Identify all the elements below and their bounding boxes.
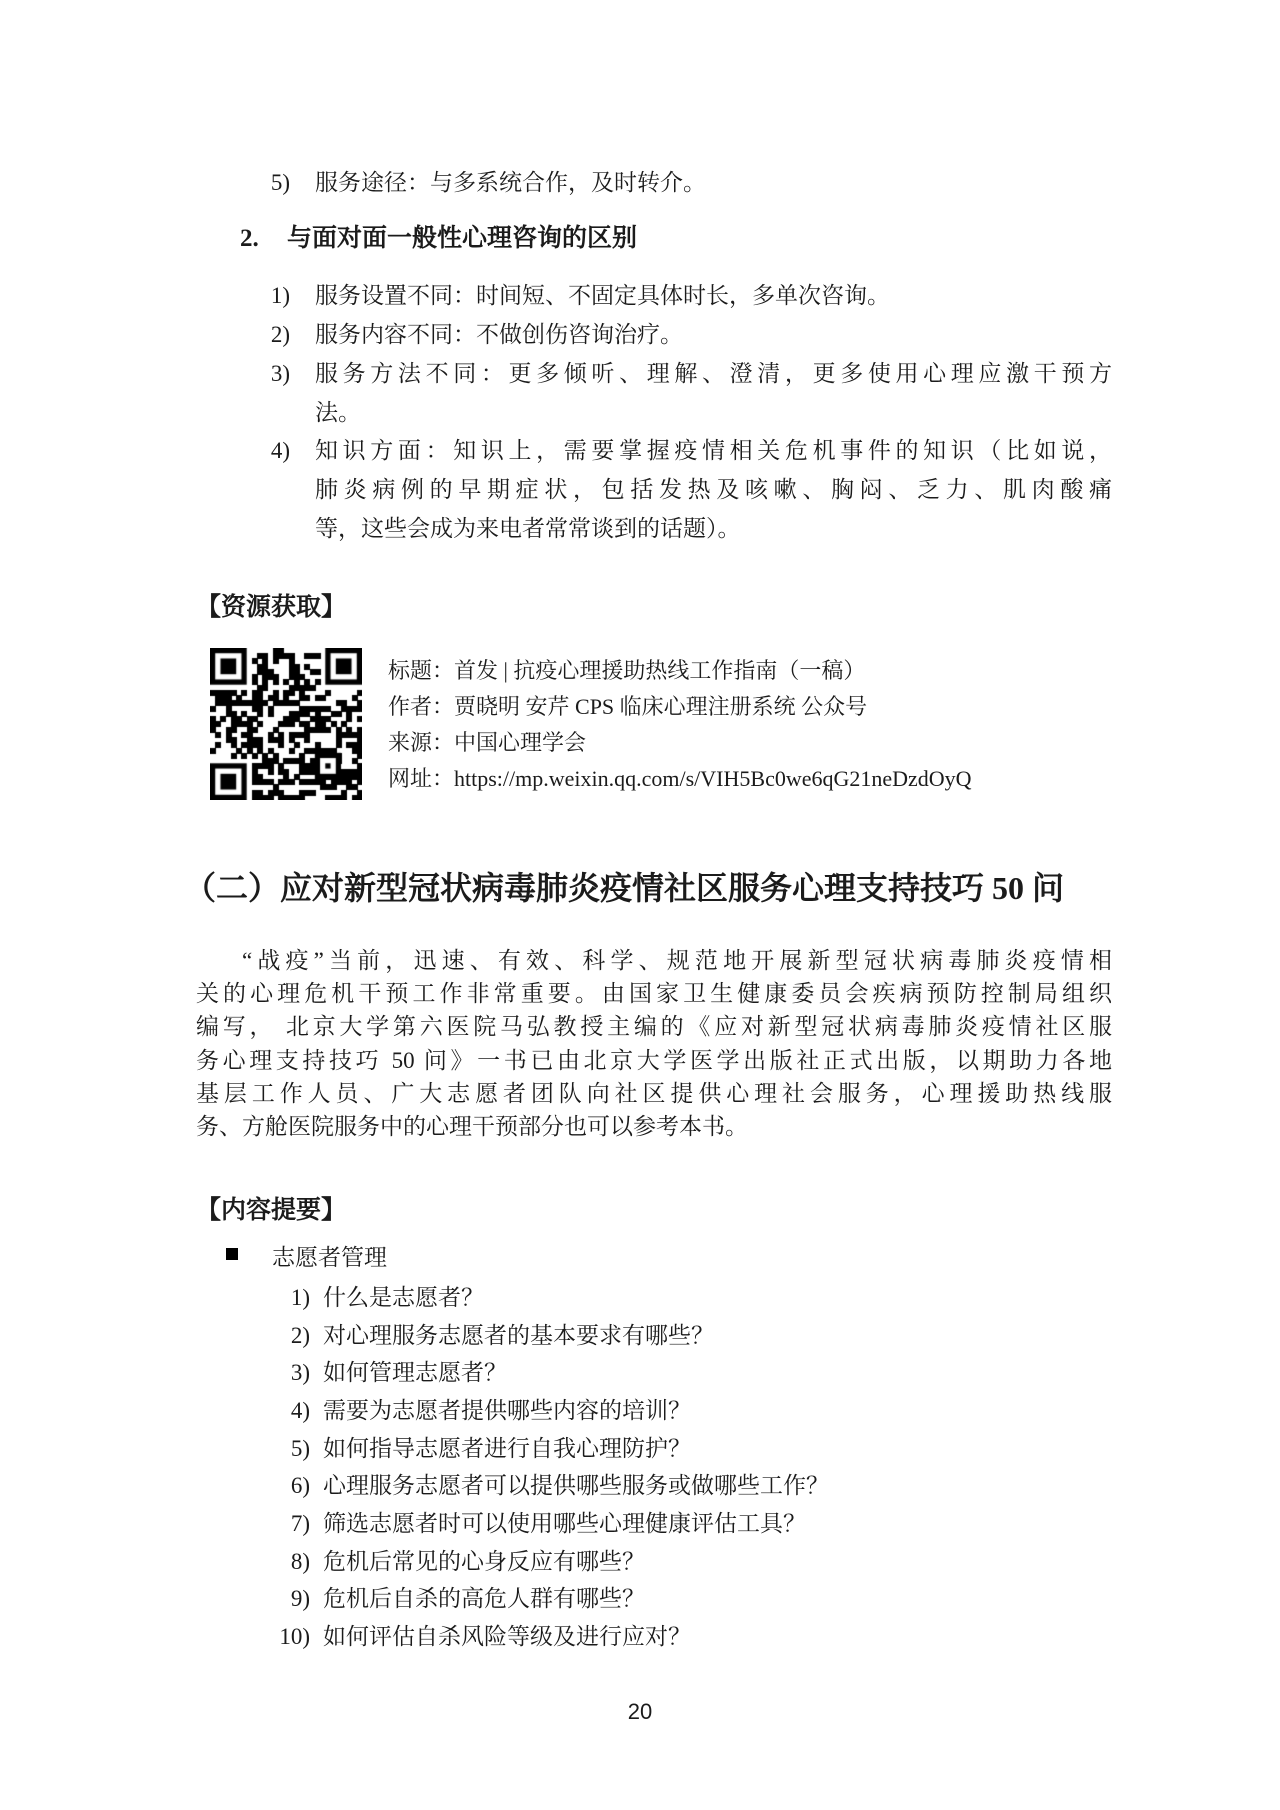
list-item-number: 4) (255, 1392, 310, 1431)
subsection-number: 2. (240, 224, 259, 254)
list-item-number: 7) (255, 1505, 310, 1544)
list-item-text: 需要为志愿者提供哪些内容的培训？ (323, 1392, 1103, 1431)
list-item-number: 2) (235, 316, 290, 355)
list-item-text: 知识方面：知识上，需要掌握疫情相关危机事件的知识（比如说， 肺炎病例的早期症状，… (315, 432, 1112, 548)
list-item-text: 对心理服务志愿者的基本要求有哪些？ (323, 1317, 1103, 1356)
list-item-number: 5) (235, 164, 290, 203)
field-label: 作者： (388, 694, 454, 719)
list-item-text: 服务方法不同：更多倾听、理解、澄清，更多使用心理应激干预方 法。 (315, 355, 1112, 433)
field-value: 贾晓明 安芹 CPS 临床心理注册系统 公众号 (454, 694, 867, 719)
list-item-number: 3) (255, 1354, 310, 1393)
list-item-text: 服务设置不同：时间短、不固定具体时长，多单次咨询。 (315, 277, 1112, 316)
subsection-title: 与面对面一般性心理咨询的区别 (287, 224, 637, 254)
text-line: 知识方面：知识上，需要掌握疫情相关危机事件的知识（比如说， (315, 432, 1112, 471)
list-item-number: 1) (235, 277, 290, 316)
list-item-text: 心理服务志愿者可以提供哪些服务或做哪些工作？ (323, 1467, 1103, 1506)
list-item-number: 1) (255, 1279, 310, 1318)
field-label: 标题： (388, 658, 454, 683)
paragraph-line: 基层工作人员、广大志愿者团队向社区提供心理社会服务，心理援助热线服 (196, 1077, 1112, 1110)
list-item-text: 服务途径：与多系统合作，及时转介。 (315, 164, 1112, 203)
paragraph-line: “战疫”当前，迅速、有效、科学、规范地开展新型冠状病毒肺炎疫情相 (196, 944, 1112, 977)
field-value: 首发 | 抗疫心理援助热线工作指南（一稿） (454, 658, 865, 683)
text-line: 法。 (315, 394, 1112, 433)
field-label: 来源： (388, 730, 454, 755)
text-line: 服务方法不同：更多倾听、理解、澄清，更多使用心理应激干预方 (315, 355, 1112, 394)
text-line: 肺炎病例的早期症状，包括发热及咳嗽、胸闷、乏力、肌肉酸痛 (315, 471, 1112, 510)
list-item-text: 筛选志愿者时可以使用哪些心理健康评估工具？ (323, 1505, 1103, 1544)
paragraph-line: 务心理支持技巧 50 问》一书已由北京大学医学出版社正式出版，以期助力各地 (196, 1044, 1112, 1077)
paragraph-line: 务、方舱医院服务中的心理干预部分也可以参考本书。 (196, 1110, 1112, 1143)
field-label: 网址： (388, 766, 454, 791)
field-value: 中国心理学会 (454, 730, 586, 755)
paragraph-line: 关的心理危机干预工作非常重要。由国家卫生健康委员会疾病预防控制局组织 (196, 977, 1112, 1010)
document-page: 5) 服务途径：与多系统合作，及时转介。 2. 与面对面一般性心理咨询的区别 1… (0, 0, 1280, 1810)
summary-heading: 【内容提要】 (196, 1196, 346, 1226)
resource-url[interactable]: https://mp.weixin.qq.com/s/VIH5Bc0we6qG2… (454, 766, 972, 791)
resource-heading: 【资源获取】 (196, 593, 346, 623)
list-item-number: 2) (255, 1317, 310, 1356)
list-item-text: 什么是志愿者？ (323, 1279, 1103, 1318)
list-item-number: 6) (255, 1467, 310, 1506)
list-item-number: 4) (235, 432, 290, 471)
bullet-label: 志愿者管理 (272, 1239, 387, 1278)
text-line: 等，这些会成为来电者常常谈到的话题）。 (315, 510, 1112, 549)
page-number: 20 (0, 1699, 1280, 1725)
list-item-text: 危机后常见的心身反应有哪些？ (323, 1543, 1103, 1582)
paragraph-line: 编写， 北京大学第六医院马弘教授主编的《应对新型冠状病毒肺炎疫情社区服 (196, 1010, 1112, 1043)
list-item-number: 3) (235, 355, 290, 394)
list-item-text: 如何管理志愿者？ (323, 1354, 1103, 1393)
qr-code (210, 648, 362, 800)
list-item-number: 8) (255, 1543, 310, 1582)
square-bullet-icon (226, 1248, 238, 1260)
list-item-number: 9) (255, 1580, 310, 1619)
list-item-number: 5) (255, 1430, 310, 1469)
list-item-text: 如何指导志愿者进行自我心理防护？ (323, 1430, 1103, 1469)
section-title: （二）应对新型冠状病毒肺炎疫情社区服务心理支持技巧 50 问 (184, 868, 1064, 908)
list-item-text: 服务内容不同：不做创伤咨询治疗。 (315, 316, 1112, 355)
list-item-number: 10) (255, 1618, 310, 1657)
list-item-text: 如何评估自杀风险等级及进行应对？ (323, 1618, 1103, 1657)
list-item-text: 危机后自杀的高危人群有哪些？ (323, 1580, 1103, 1619)
